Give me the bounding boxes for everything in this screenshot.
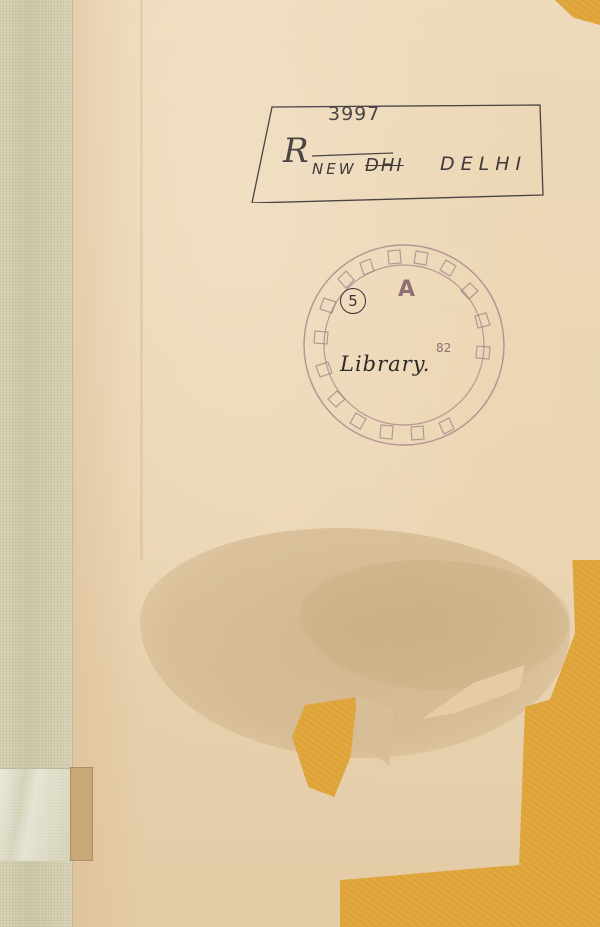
cover-fold [140, 0, 143, 560]
stamp-mark: A [398, 277, 415, 302]
exposed-board-top-corner [555, 0, 600, 25]
book-cover: R 3997 NEW DHI DELHI [0, 0, 600, 927]
tape-paper-tab [70, 767, 93, 861]
clear-tape [0, 768, 70, 861]
exposed-board-bottom [340, 860, 600, 927]
accession-prefix: R [283, 131, 309, 171]
accession-label: R 3997 NEW DHI DELHI [250, 103, 545, 203]
struck-word: DHI [365, 155, 404, 176]
accession-number: 3997 [328, 103, 380, 125]
circled-number: 5 [340, 288, 366, 314]
city-name: DELHI [440, 153, 527, 175]
stamp-ring [300, 243, 508, 447]
city-prefix: NEW [312, 160, 357, 178]
stamp-code: 82 [436, 341, 451, 355]
library-stamp: 5 A 82 Library. [300, 243, 508, 447]
handwritten-library: Library. [340, 352, 430, 376]
